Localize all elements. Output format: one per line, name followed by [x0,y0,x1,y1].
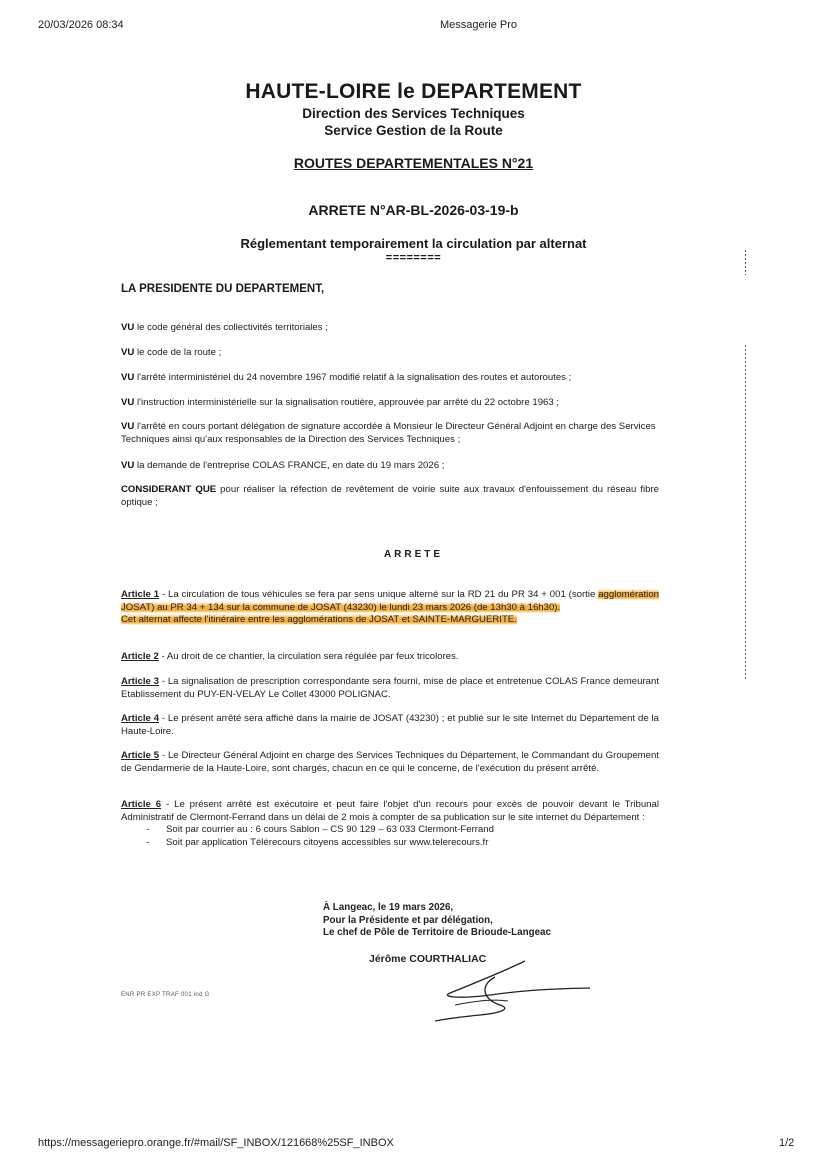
handwritten-signature-icon [420,955,610,1025]
signature-role: Le chef de Pôle de Territoire de Brioude… [323,927,551,940]
appeal-option-telerecours: Soit par application Télérecours citoyen… [146,837,659,850]
signature-block: À Langeac, le 19 mars 2026, Pour la Prés… [323,902,551,940]
document-title: HAUTE-LOIRE le DEPARTEMENT [0,80,827,104]
consideration-keyword: VU [121,421,134,432]
article-label: Article 6 [121,799,161,810]
article-label: Article 2 [121,651,159,662]
print-url: https://messageriepro.orange.fr/#mail/SF… [38,1137,394,1149]
signature-place-date: À Langeac, le 19 mars 2026, [323,902,551,915]
reference-code: ENR PR EXP TRAF 001 ind G [121,992,210,998]
consideration-4: VU l'instruction interministérielle sur … [121,397,681,410]
consideration-1: VU le code général des collectivités ter… [121,322,659,335]
article-text: - Le présent arrêté sera affiché dans la… [121,713,659,737]
article-label: Article 4 [121,713,159,724]
article-3: Article 3 - La signalisation de prescrip… [121,676,659,701]
article-text: - Au droit de ce chantier, la circulatio… [159,651,459,662]
article-text: - La signalisation de prescription corre… [121,676,659,700]
consideration-text: l'instruction interministérielle sur la … [134,397,559,408]
article-5: Article 5 - Le Directeur Général Adjoint… [121,750,659,775]
signature-delegation: Pour la Présidente et par délégation, [323,915,551,928]
consideration-text: l'arrêté interministériel du 24 novembre… [134,372,571,383]
article-2: Article 2 - Au droit de ce chantier, la … [121,651,659,664]
consideration-keyword: CONSIDERANT QUE [121,484,216,495]
consideration-5: VU l'arrêté en cours portant délégation … [121,421,659,446]
consideration-7: CONSIDERANT QUE pour réaliser la réfecti… [121,484,659,509]
print-page-number: 1/2 [779,1137,794,1149]
separator: ======== [0,252,827,264]
direction-name: Direction des Services Techniques [0,106,827,121]
consideration-text: l'arrêté en cours portant délégation de … [121,421,656,445]
article-label: Article 3 [121,676,159,687]
article-label: Article 1 [121,589,159,600]
highlighted-text: Cet alternat affecte l'itinéraire entre … [121,614,517,625]
scan-margin-artifact [745,250,746,275]
arrete-number: ARRETE N°AR-BL-2026-03-19-b [0,202,827,218]
article-text: - La circulation de tous véhicules se fe… [159,589,598,600]
consideration-text: le code général des collectivités territ… [134,322,328,333]
article-text: - Le présent arrêté est exécutoire et pe… [121,799,659,823]
scan-margin-artifact [745,345,746,680]
consideration-3: VU l'arrêté interministériel du 24 novem… [121,372,681,385]
consideration-keyword: VU [121,397,134,408]
article-4: Article 4 - Le présent arrêté sera affic… [121,713,659,738]
appeal-option-mail: Soit par courrier au : 6 cours Sablon – … [146,824,659,837]
consideration-6: VU la demande de l'entreprise COLAS FRAN… [121,460,659,473]
decree-heading: ARRETE [0,549,827,560]
consideration-text: le code de la route ; [134,347,221,358]
consideration-keyword: VU [121,372,134,383]
article-6: Article 6 - Le présent arrêté est exécut… [121,799,659,849]
appeal-options: Soit par courrier au : 6 cours Sablon – … [121,824,659,849]
arrete-object: Réglementant temporairement la circulati… [0,236,827,251]
article-text: - Le Directeur Général Adjoint en charge… [121,750,659,774]
service-name: Service Gestion de la Route [0,123,827,138]
article-1: Article 1 - La circulation de tous véhic… [121,589,659,627]
authority-heading: LA PRESIDENTE DU DEPARTEMENT, [121,283,324,295]
print-datetime: 20/03/2026 08:34 [38,19,124,31]
consideration-keyword: VU [121,322,134,333]
consideration-text: la demande de l'entreprise COLAS FRANCE,… [134,460,444,471]
consideration-2: VU le code de la route ; [121,347,659,360]
article-label: Article 5 [121,750,159,761]
consideration-keyword: VU [121,347,134,358]
routes-heading: ROUTES DEPARTEMENTALES N°21 [0,155,827,171]
print-app-title: Messagerie Pro [440,19,517,31]
consideration-keyword: VU [121,460,134,471]
